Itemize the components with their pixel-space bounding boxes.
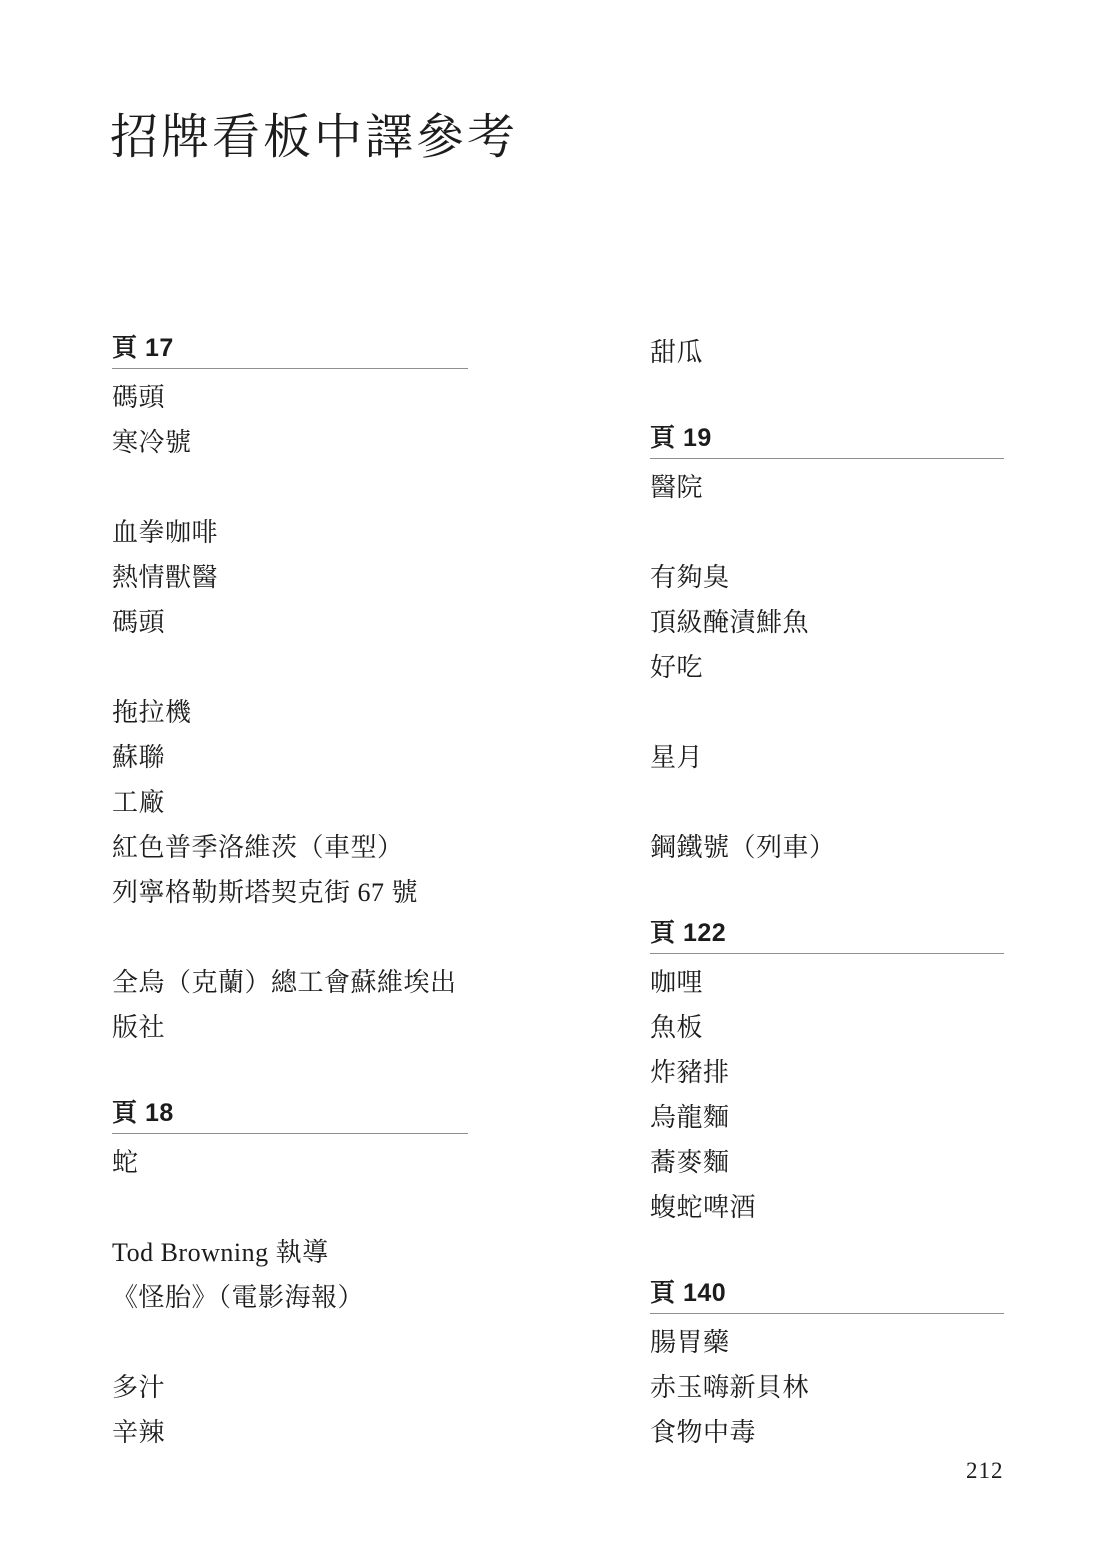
entry-line: 醫院	[650, 465, 1004, 510]
entry-line: 工廠	[112, 780, 468, 825]
entry-line: 蛇	[112, 1140, 468, 1185]
entry-line: 多汁	[112, 1365, 468, 1410]
entry-line: 碼頭	[112, 375, 468, 420]
entry-line: 蘇聯	[112, 735, 468, 780]
page-number: 212	[966, 1458, 1004, 1484]
page-title: 招牌看板中譯參考	[110, 98, 518, 167]
entry-line: 蝮蛇啤酒	[650, 1185, 1004, 1230]
spacer	[112, 1320, 468, 1365]
spacer	[650, 375, 1004, 420]
entry-line: 血拳咖啡	[112, 510, 468, 555]
spacer	[112, 465, 468, 510]
entry-line: 炸豬排	[650, 1050, 1004, 1095]
spacer	[112, 915, 468, 960]
entry-line: 腸胃藥	[650, 1320, 1004, 1365]
page-ref-header: 頁 19	[650, 420, 1004, 459]
spacer	[112, 1050, 468, 1095]
spacer	[650, 870, 1004, 915]
spacer	[112, 1185, 468, 1230]
entry-line: 鋼鐵號（列車）	[650, 825, 1004, 870]
entry-line: 好吃	[650, 645, 1004, 690]
entry-line: 拖拉機	[112, 690, 468, 735]
entry-line: 版社	[112, 1005, 468, 1050]
entry-line: 熱情獸醫	[112, 555, 468, 600]
entry-line: 《怪胎》（電影海報）	[112, 1275, 468, 1320]
column-right: 甜瓜頁 19醫院有夠臭頂級醃漬鯡魚好吃星月鋼鐵號（列車）頁 122咖哩魚板炸豬排…	[650, 330, 1004, 1455]
page-ref-header: 頁 122	[650, 915, 1004, 954]
column-left: 頁 17碼頭寒冷號血拳咖啡熱情獸醫碼頭拖拉機蘇聯工廠紅色普季洛維茨（車型）列寧格…	[112, 330, 468, 1455]
entry-line: 有夠臭	[650, 555, 1004, 600]
entry-line: 咖哩	[650, 960, 1004, 1005]
entry-line: 寒冷號	[112, 420, 468, 465]
entry-line: 食物中毒	[650, 1410, 1004, 1455]
entry-line: Tod Browning 執導	[112, 1230, 468, 1275]
page-ref-header: 頁 17	[112, 330, 468, 369]
entry-line: 蕎麥麵	[650, 1140, 1004, 1185]
page-ref-header: 頁 18	[112, 1095, 468, 1134]
entry-line: 烏龍麵	[650, 1095, 1004, 1140]
spacer	[650, 690, 1004, 735]
entry-line: 全烏（克蘭）總工會蘇維埃出	[112, 960, 468, 1005]
spacer	[650, 1230, 1004, 1275]
entry-line: 魚板	[650, 1005, 1004, 1050]
entry-line: 列寧格勒斯塔契克街 67 號	[112, 870, 468, 915]
entry-line: 紅色普季洛維茨（車型）	[112, 825, 468, 870]
entry-line: 辛辣	[112, 1410, 468, 1455]
spacer	[112, 645, 468, 690]
spacer	[650, 780, 1004, 825]
document-page: 招牌看板中譯參考 頁 17碼頭寒冷號血拳咖啡熱情獸醫碼頭拖拉機蘇聯工廠紅色普季洛…	[0, 0, 1100, 1561]
entry-line: 碼頭	[112, 600, 468, 645]
spacer	[650, 510, 1004, 555]
entry-line: 頂級醃漬鯡魚	[650, 600, 1004, 645]
entry-line: 星月	[650, 735, 1004, 780]
page-ref-header: 頁 140	[650, 1275, 1004, 1314]
entry-line: 赤玉嗨新貝林	[650, 1365, 1004, 1410]
entry-line: 甜瓜	[650, 330, 1004, 375]
